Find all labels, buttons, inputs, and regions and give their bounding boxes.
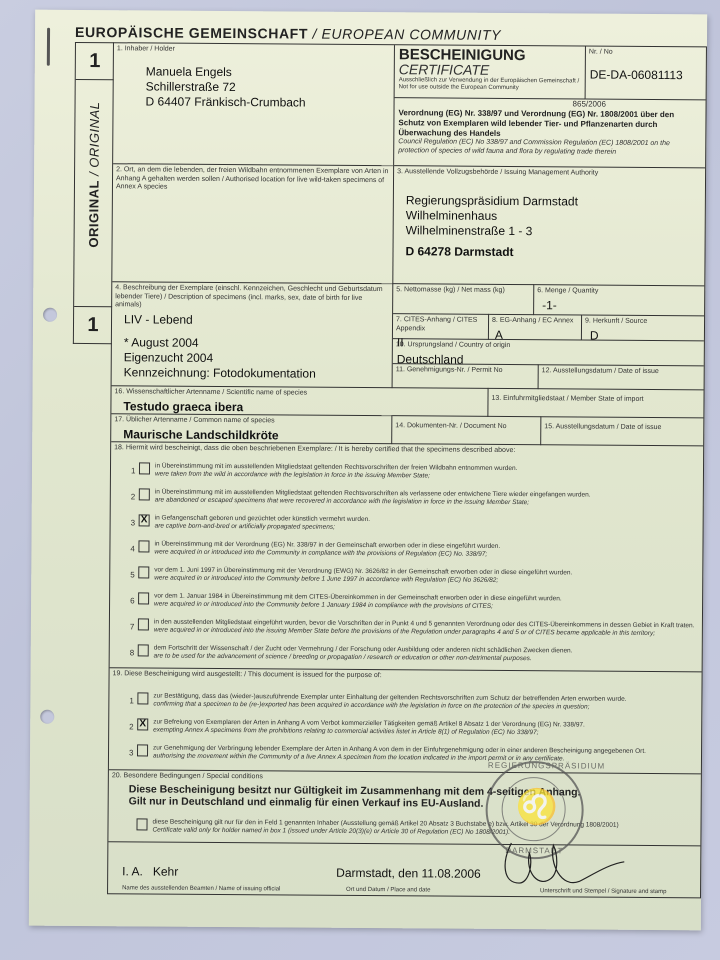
- regulation-de: Verordnung (EG) Nr. 338/97 und Verordnun…: [398, 108, 701, 140]
- field-13-import-state: 13. Einfuhrmitgliedstaat / Member State …: [488, 388, 703, 419]
- regulation-correction: 865/2006: [573, 99, 606, 108]
- field-8-label: 8. EG-Anhang / EC Annex: [489, 315, 581, 328]
- option-number: 3: [131, 518, 139, 527]
- side-column: 1 ORIGINAL / ORIGINAL 1: [73, 42, 114, 344]
- holder-address: Manuela Engels Schillerstraße 72 D 64407…: [114, 56, 394, 111]
- field-12-date: 12. Ausstellungsdatum / Date of issue: [539, 364, 704, 390]
- section18-checkbox-3[interactable]: X: [139, 514, 150, 526]
- regulation-en: Council Regulation (EC) No 338/97 and Co…: [398, 138, 701, 157]
- header-en: EUROPEAN COMMUNITY: [321, 26, 501, 43]
- section18-option-5: 5vor dem 1. Juni 1997 in Übereinstimmung…: [130, 566, 572, 585]
- section19-option-1: 1zur Bestätigung, dass das (wieder-)ausz…: [129, 692, 626, 711]
- document-header: EUROPÄISCHE GEMEINSCHAFT / EUROPEAN COMM…: [75, 24, 501, 43]
- field-3-authority: 3. Ausstellende Vollzugsbehörde / Issuin…: [393, 165, 705, 286]
- section18-checkbox-6[interactable]: [138, 592, 149, 604]
- certificate-title-en: CERTIFICATE: [399, 62, 581, 78]
- holder-name: Manuela Engels: [146, 64, 394, 81]
- field-1-holder: 1. Inhaber / Holder Manuela Engels Schil…: [113, 43, 395, 165]
- option-text: in Übereinstimmung mit der Verordnung (E…: [154, 541, 500, 559]
- option-text-en: exempting Annex A specimens from the pro…: [153, 727, 538, 737]
- header-de: EUROPÄISCHE GEMEINSCHAFT: [75, 24, 308, 42]
- option-text: in den ausstellenden Mitgliedstaat einge…: [154, 619, 695, 639]
- handwritten-signature: [499, 833, 629, 894]
- field-4-label: 4. Beschreibung der Exemplare (einschl. …: [112, 282, 392, 313]
- field-16-scientific-name: 16. Wissenschaftlicher Artenname / Scien…: [111, 385, 488, 417]
- regulation-box: 865/2006 Verordnung (EG) Nr. 338/97 und …: [394, 98, 705, 167]
- section-18-certification: 18. Hiermit wird bescheinigt, dass die o…: [110, 441, 704, 672]
- authority-street: Wilhelminenstraße 1 - 3: [406, 223, 705, 240]
- holder-only-en: Certificate valid only for holder named …: [152, 827, 510, 836]
- field-5-label: 5. Nettomasse (kg) / Net mass (kg): [393, 284, 533, 297]
- option-text: vor dem 1. Juni 1997 in Übereinstimmung …: [154, 567, 572, 586]
- holder-street: Schillerstraße 72: [146, 79, 394, 96]
- lion-crest-icon: ♌: [516, 787, 559, 827]
- official-label: Name des ausstellenden Beamten / Name of…: [122, 884, 280, 894]
- description-type: LIV - Lebend: [112, 312, 392, 329]
- option-text: in Übereinstimmung mit im ausstellenden …: [155, 489, 591, 508]
- section-19-purpose: 19. Diese Bescheinigung wird ausgestellt…: [109, 667, 702, 774]
- authority-name: Regierungspräsidium Darmstadt: [406, 193, 705, 210]
- header-sep: /: [308, 26, 322, 42]
- option-text: dem Fortschritt der Wissenschaft / der Z…: [154, 645, 573, 664]
- section18-checkbox-1[interactable]: [139, 462, 150, 474]
- section18-checkbox-5[interactable]: [138, 566, 149, 578]
- field-15-label: 15. Ausstellungsdatum / Date of issue: [541, 417, 703, 439]
- certificate-document: EUROPÄISCHE GEMEINSCHAFT / EUROPEAN COMM…: [29, 10, 707, 931]
- option-text: zur Befreiung von Exemplaren der Arten i…: [153, 719, 585, 738]
- section19-checkbox-3[interactable]: [137, 744, 148, 756]
- section18-checkbox-8[interactable]: [138, 644, 149, 656]
- field-7-cites: 7. CITES-Anhang / CITES Appendix II: [393, 313, 489, 340]
- section18-option-2: 2in Übereinstimmung mit im ausstellenden…: [131, 488, 591, 507]
- section18-option-1: 1in Übereinstimmung mit im ausstellenden…: [131, 462, 517, 481]
- field-9-source: 9. Herkunft / Source D: [582, 314, 704, 341]
- section18-option-7: 7in den ausstellenden Mitgliedstaat eing…: [130, 618, 695, 638]
- option-number: 2: [131, 492, 139, 501]
- section19-checkbox-1[interactable]: [137, 692, 148, 704]
- option-number: 4: [130, 544, 138, 553]
- field-13-label: 13. Einfuhrmitgliedstaat / Member State …: [488, 389, 703, 411]
- punch-hole: [43, 308, 57, 322]
- form-grid: 1. Inhaber / Holder Manuela Engels Schil…: [107, 42, 707, 898]
- option-text: vor dem 1. Januar 1984 in Übereinstimmun…: [154, 593, 562, 612]
- section18-option-3: 3Xin Gefangenschaft geboren und gezüchte…: [131, 514, 370, 532]
- field-14-label: 14. Dokumenten-Nr. / Document No: [392, 416, 540, 438]
- section18-checkbox-4[interactable]: [138, 540, 149, 552]
- option-text-en: were acquired in or introduced into the …: [154, 575, 498, 584]
- option-number: 5: [130, 570, 138, 579]
- birth-date: * August 2004: [124, 335, 392, 352]
- section18-option-6: 6vor dem 1. Januar 1984 in Übereinstimmu…: [130, 592, 562, 611]
- original-label: ORIGINAL / ORIGINAL: [86, 114, 102, 248]
- description-details: * August 2004 Eigenzucht 2004 Kennzeichn…: [112, 327, 392, 382]
- option-number: 6: [130, 596, 138, 605]
- certificate-number: DE-DA-06081113: [586, 59, 706, 83]
- option-text-en: are captive born-and-bred or artificiall…: [155, 523, 335, 531]
- usage-note: Ausschließlich zur Verwendung in der Eur…: [399, 77, 581, 92]
- section18-option-4: 4in Übereinstimmung mit der Verordnung (…: [130, 540, 500, 559]
- field-6-quantity: 6. Menge / Quantity -1-: [534, 284, 704, 316]
- certificate-title-box: BESCHEINIGUNG CERTIFICATE Ausschließlich…: [395, 45, 586, 99]
- marking: Kennzeichnung: Fotodokumentation: [124, 365, 392, 382]
- option-text: in Übereinstimmung mit im ausstellenden …: [155, 463, 517, 482]
- section18-option-8: 8dem Fortschritt der Wissenschaft / der …: [130, 644, 573, 663]
- copy-number-bottom: 1: [74, 306, 112, 343]
- staple: [47, 28, 50, 66]
- option-number: 3: [129, 748, 137, 757]
- breeding: Eigenzucht 2004: [124, 350, 392, 367]
- option-text: in Gefangenschaft geboren und gezüchtet …: [155, 515, 370, 533]
- section18-checkbox-2[interactable]: [139, 488, 150, 500]
- authority-address: Regierungspräsidium Darmstadt Wilhelmine…: [393, 179, 705, 261]
- official-name: I. A. Kehr: [122, 864, 178, 879]
- field-10-origin: 10. Ursprungsland / Country of origin De…: [393, 338, 704, 366]
- section19-checkbox-2[interactable]: X: [137, 718, 148, 730]
- option-text-en: were acquired in or introduced into the …: [154, 549, 487, 558]
- option-number: 1: [131, 466, 139, 475]
- option-text-en: are abandoned or escaped specimens that …: [155, 497, 529, 507]
- field-8-ec-annex: 8. EG-Anhang / EC Annex A: [489, 314, 582, 341]
- option-number: 8: [130, 648, 138, 657]
- place-date-label: Ort und Datum / Place and date: [346, 886, 430, 895]
- option-number: 7: [130, 622, 138, 631]
- section-19-label: 19. Diese Bescheinigung wird ausgestellt…: [110, 668, 702, 685]
- original-en: ORIGINAL: [87, 101, 102, 167]
- field-7-label: 7. CITES-Anhang / CITES Appendix: [393, 314, 488, 336]
- special-conditions: Diese Bescheinigung besitzt nur Gültigke…: [109, 783, 701, 811]
- section-18-label: 18. Hiermit wird bescheinigt, dass die o…: [111, 442, 703, 459]
- holder-city: D 64407 Fränkisch-Crumbach: [146, 94, 394, 111]
- original-sep: /: [87, 168, 102, 180]
- field-14-document-no: 14. Dokumenten-Nr. / Document No: [392, 415, 541, 445]
- condition-line: Gilt nur in Deutschland und einmalig für…: [129, 795, 701, 811]
- field-17-common-name: 17. Üblicher Artenname / Common name of …: [111, 413, 392, 444]
- number-label: Nr. / No: [586, 47, 706, 60]
- field-12-label: 12. Ausstellungsdatum / Date of issue: [539, 365, 704, 379]
- holder-only-checkbox[interactable]: [136, 818, 147, 830]
- authority-building: Wilhelminenhaus: [406, 208, 705, 225]
- copy-number-top: 1: [76, 43, 114, 80]
- option-text: zur Bestätigung, dass das (wieder-)auszu…: [153, 693, 626, 712]
- field-4-description: 4. Beschreibung der Exemplare (einschl. …: [112, 281, 394, 388]
- field-11-permit: 11. Genehmigungs-Nr. / Permit No: [393, 363, 539, 389]
- field-6-label: 6. Menge / Quantity: [534, 285, 704, 299]
- stamp-text-top: REGIERUNGSPRÄSIDIUM: [488, 761, 582, 771]
- quantity-value: -1-: [534, 298, 704, 314]
- punch-hole: [40, 710, 54, 724]
- section18-checkbox-7[interactable]: [138, 618, 149, 630]
- option-text-en: are to be used for the advancement of sc…: [154, 653, 532, 663]
- option-text-en: were acquired in or introduced into the …: [154, 601, 493, 610]
- place-date: Darmstadt, den 11.08.2006: [336, 866, 481, 882]
- field-2-location: 2. Ort, an dem die lebenden, der freien …: [112, 163, 394, 284]
- field-2-label: 2. Ort, an dem die lebenden, der freien …: [113, 164, 393, 195]
- authority-city: D 64278 Darmstadt: [405, 244, 704, 261]
- option-number: 1: [129, 696, 137, 705]
- original-de: ORIGINAL: [86, 180, 101, 248]
- common-name: Maurische Landschildkröte: [111, 427, 391, 443]
- field-15-date: 15. Ausstellungsdatum / Date of issue: [541, 416, 703, 446]
- field-11-label: 11. Genehmigungs-Nr. / Permit No: [393, 364, 538, 378]
- certificate-number-box: Nr. / No DE-DA-06081113: [586, 47, 706, 101]
- field-5-net-mass: 5. Nettomasse (kg) / Net mass (kg): [393, 283, 534, 315]
- section19-option-2: 2Xzur Befreiung von Exemplaren der Arten…: [129, 718, 585, 737]
- option-number: 2: [129, 722, 137, 731]
- field-9-label: 9. Herkunft / Source: [582, 315, 704, 328]
- option-text-en: were taken from the wild in accordance w…: [155, 471, 430, 480]
